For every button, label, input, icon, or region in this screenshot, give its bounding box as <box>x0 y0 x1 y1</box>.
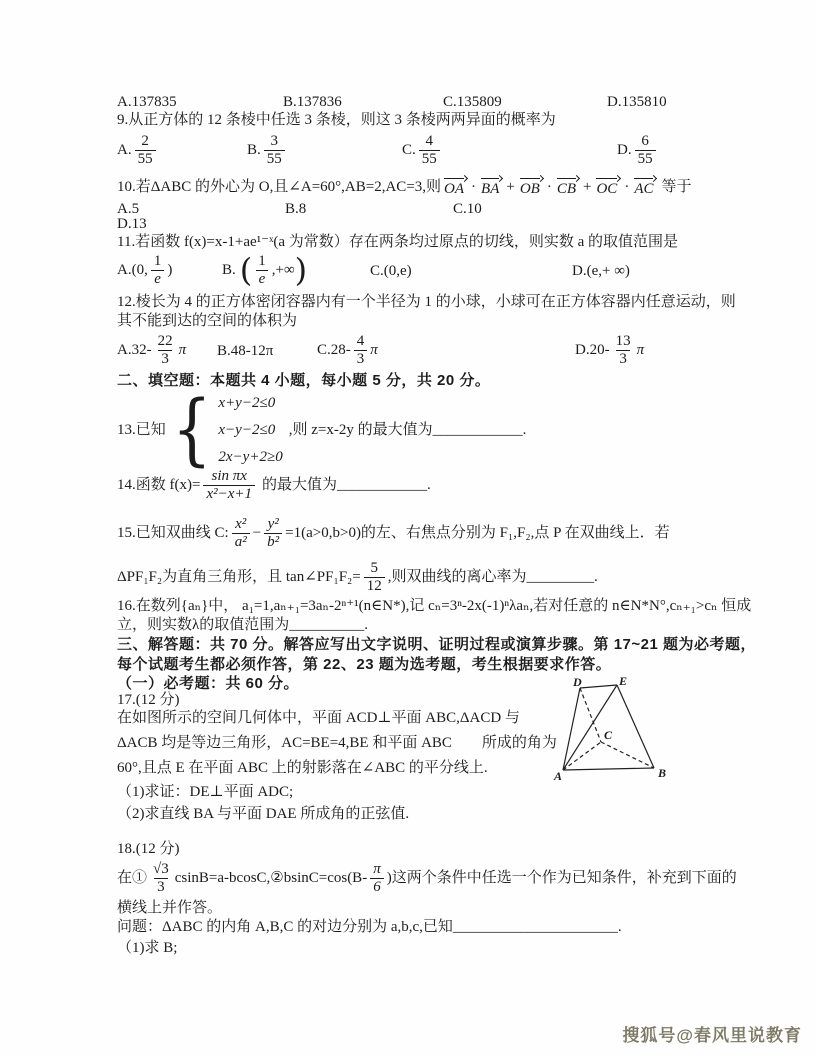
fraction-denominator: 6 <box>370 878 384 896</box>
q12-option-c: C.28- 4 3 π <box>317 333 378 368</box>
q8-option-d: D.135810 <box>607 93 667 112</box>
q10-option-b: B.8 <box>285 200 306 219</box>
fraction: √3 3 <box>150 861 172 896</box>
q10-options-row: A.5 B.8 C.10 <box>117 200 717 218</box>
q11-option-b: B. ( 1 e ,+∞ ) <box>222 253 307 288</box>
q9-option-a: A. 2 55 <box>117 133 159 168</box>
section3-header-line1: 三、解答题：共 70 分。解答应写出文字说明、证明过程或演算步骤。第 17~21… <box>117 635 756 654</box>
q10-stem: 10.若ΔABC 的外心为 O,且∠A=60°,AB=2,AC=3,则 OA ·… <box>117 177 692 197</box>
figure-edge-eb <box>617 685 654 768</box>
vertex-label-b: B <box>657 766 666 780</box>
q12-stem-line2: 其不能到达的空间的体积为 <box>117 312 297 331</box>
fraction-denominator: 12 <box>364 577 385 595</box>
q12-option-d-pre: D.20- <box>575 341 610 360</box>
q10-option-d: D.13 <box>117 215 147 234</box>
vector-cb: CB <box>555 176 580 199</box>
vector-ac: AC <box>632 176 657 199</box>
exam-paper-page: A.137835 B.137836 C.135809 D.135810 9.从正… <box>0 0 816 1056</box>
fraction-numerator: 1 <box>151 253 165 270</box>
fraction-denominator: 55 <box>635 150 656 168</box>
fraction-denominator: x²−x+1 <box>203 485 255 503</box>
fraction-numerator: π <box>370 861 384 878</box>
vector-ba: BA <box>479 176 503 199</box>
q12-option-a-pre: A.32- <box>117 341 152 360</box>
q9-option-d-label: D. <box>617 141 632 160</box>
q13-suffix: ,则 z=x-2y 的最大值为____________. <box>289 421 527 440</box>
q12-option-c-pre: C.28- <box>317 341 351 360</box>
q9-option-c: C. 4 55 <box>402 133 443 168</box>
fraction-denominator: 3 <box>354 350 368 368</box>
fraction-denominator: b² <box>264 533 282 551</box>
q15-line2-post: ,则双曲线的离心率为_________. <box>388 568 598 587</box>
q17-line1: 在如图所示的空间几何体中，平面 ACD⊥平面 ABC,ΔACD 与 <box>117 709 520 728</box>
fraction-numerator: x² <box>232 516 249 533</box>
q18-line2: 横线上并作答。 <box>117 899 222 918</box>
q18-line3: 问题：ΔABC 的内角 A,B,C 的对边分别为 a,b,c,已知_______… <box>117 918 622 937</box>
operator-plus: + <box>506 178 514 197</box>
watermark-text: 搜狐号@春风里说教育 <box>622 1021 802 1046</box>
q12-option-a: A.32- 22 3 π <box>117 333 186 368</box>
q10-stem-text: 10.若ΔABC 的外心为 O,且∠A=60°,AB=2,AC=3,则 <box>117 178 441 197</box>
fraction: 13 3 <box>613 333 634 368</box>
fraction: 1 e <box>255 253 269 288</box>
q15-line2: ΔPF₁F₂为直角三角形，且 tan∠PF₁F₂= 5 12 ,则双曲线的离心率… <box>117 554 598 600</box>
exam-content-column: A.137835 B.137836 C.135809 D.135810 9.从正… <box>117 0 737 1056</box>
q12-option-b: B.48-12π <box>217 342 273 361</box>
q8-option-c: C.135809 <box>443 93 502 112</box>
fraction-denominator: 55 <box>419 150 440 168</box>
fraction: x² a² <box>232 516 250 551</box>
q18-mid: csinB=a-bcosC,②bsinC=cos(B- <box>175 869 367 888</box>
q11-option-a: A.(0, 1 e ) <box>117 253 172 288</box>
q12-option-a-pi: π <box>179 341 187 360</box>
fraction: 22 3 <box>155 333 176 368</box>
q16-line1: 16.在数列{aₙ}中， a₁=1,aₙ₊₁=3aₙ-2ⁿ⁺¹(n∈N*),记 … <box>117 597 751 616</box>
q14-block: 14.函数 f(x)= sin πx x²−x+1 的最大值为_________… <box>117 462 431 508</box>
vertex-label-d: D <box>572 676 582 689</box>
operator-plus: + <box>583 178 591 197</box>
q9-option-b-label: B. <box>247 141 261 160</box>
q9-option-c-label: C. <box>402 141 416 160</box>
q18-pre: 在① <box>117 869 147 888</box>
q12-option-d: D.20- 13 3 π <box>575 333 644 368</box>
q8-option-b: B.137836 <box>283 93 342 112</box>
fraction: 4 3 <box>354 333 368 368</box>
q17-heading: 17.(12 分) <box>117 691 180 710</box>
q18-post: )这两个条件中任选一个作为已知条件，补充到下面的 <box>387 869 737 888</box>
fraction: 3 55 <box>264 133 285 168</box>
fraction-denominator: 55 <box>135 150 156 168</box>
fraction-numerator: 6 <box>638 133 652 150</box>
q13-inequality-1: x+y−2≤0 <box>218 392 282 414</box>
section3-header-line2: 每个试题考生都必须作答，第 22、23 题为选考题，考生根据要求作答。 <box>117 655 611 674</box>
vertex-label-a: A <box>553 769 562 782</box>
fraction-numerator: 13 <box>613 333 634 350</box>
q17-subquestion-1: （1)求证：DE⊥平面 ADC; <box>117 783 293 802</box>
q9-stem: 9.从正方体的 12 条棱中任选 3 条棱，则这 3 条棱两两异面的概率为 <box>117 111 556 130</box>
q13-inequality-system: x+y−2≤0 x−y−2≤0 2x−y+2≥0 <box>218 392 282 468</box>
vertex-label-e: E <box>618 676 627 688</box>
fraction: 1 e <box>151 253 165 288</box>
q13-prefix: 13.已知 <box>117 421 166 440</box>
figure-edge-ab <box>563 768 654 770</box>
q8-option-a: A.137835 <box>117 93 177 112</box>
fraction-numerator: 2 <box>138 133 152 150</box>
q11-options-row: A.(0, 1 e ) B. ( 1 e ,+∞ ) C.(0,e) D.(e,… <box>117 251 717 299</box>
vector-oc: OC <box>594 176 621 199</box>
q10-option-c: C.10 <box>453 200 482 219</box>
fraction-numerator: 3 <box>268 133 282 150</box>
q11-option-a-post: ) <box>167 261 172 280</box>
fraction-numerator: y² <box>265 516 282 533</box>
q14-post: 的最大值为____________. <box>262 476 431 495</box>
figure-edge-cb-dashed <box>601 742 654 768</box>
fraction: sin πx x²−x+1 <box>203 468 255 503</box>
fraction-numerator: 4 <box>354 333 368 350</box>
fraction-numerator: 1 <box>255 253 269 270</box>
q11-option-b-label: B. <box>222 261 236 280</box>
fraction-denominator: 3 <box>158 350 172 368</box>
q10-stem-suffix: 等于 <box>661 178 691 197</box>
q13-inequality-2: x−y−2≤0 <box>218 419 282 441</box>
fraction-denominator: a² <box>232 533 250 551</box>
q12-option-c-pi: π <box>370 341 378 360</box>
geometry-figure: D E C A B <box>553 676 669 782</box>
fraction: 2 55 <box>135 133 156 168</box>
q9-option-a-label: A. <box>117 141 132 160</box>
q11-stem: 11.若函数 f(x)=x-1+ae¹⁻ˣ(a 为常数）存在两条均过原点的切线，… <box>117 233 678 252</box>
q14-pre: 14.函数 f(x)= <box>117 476 200 495</box>
q12-option-d-pi: π <box>637 341 645 360</box>
fraction-denominator: 3 <box>154 878 168 896</box>
q11-option-b-mid: ,+∞ <box>272 261 295 280</box>
minus-operator: − <box>253 524 261 543</box>
fraction: y² b² <box>264 516 282 551</box>
q9-option-b: B. 3 55 <box>247 133 288 168</box>
fraction-numerator: 4 <box>423 133 437 150</box>
operator-dot: · <box>547 178 552 197</box>
fraction-numerator: 22 <box>155 333 176 350</box>
fraction-denominator: 55 <box>264 150 285 168</box>
fraction-numerator: sin πx <box>209 468 250 485</box>
fraction: 5 12 <box>364 560 385 595</box>
q15-line1: 15.已知双曲线 C: x² a² − y² b² =1(a>0,b>0)的左、… <box>117 508 670 558</box>
q9-options-row: A. 2 55 B. 3 55 C. 4 55 <box>117 132 717 178</box>
open-paren: ( <box>240 254 252 286</box>
fraction: 6 55 <box>635 133 656 168</box>
operator-dot: · <box>624 178 629 197</box>
q18-line1: 在① √3 3 csinB=a-bcosC,②bsinC=cos(B- π 6 … <box>117 854 737 902</box>
q17-subquestion-2: （2)求直线 BA 与平面 DAE 所成角的正弦值. <box>117 805 409 824</box>
q15-pre: 15.已知双曲线 C: <box>117 524 229 543</box>
fraction-denominator: e <box>256 270 269 288</box>
vertex-label-c: C <box>604 728 613 742</box>
close-paren: ) <box>295 254 307 286</box>
q11-option-d: D.(e,+ ∞) <box>572 262 630 281</box>
q12-stem-line1: 12.棱长为 4 的正方体密闭容器内有一个半径为 1 的小球，小球可在正方体容器… <box>117 293 736 312</box>
vector-oa: OA <box>442 176 468 199</box>
operator-dot: · <box>471 178 476 197</box>
q8-options-row: A.137835 B.137836 C.135809 D.135810 <box>117 93 717 111</box>
q11-option-a-pre: A.(0, <box>117 261 148 280</box>
left-brace: { <box>172 390 212 470</box>
q15-line2-pre: ΔPF₁F₂为直角三角形，且 tan∠PF₁F₂= <box>117 568 361 587</box>
q16-line2: 立，则实数λ的取值范围为__________. <box>117 616 368 635</box>
fraction: 4 55 <box>419 133 440 168</box>
fraction: π 6 <box>370 861 384 896</box>
q17-line2: ΔACB 均是等边三角形，AC=BE=4,BE 和平面 ABC 所成的角为 <box>117 734 557 753</box>
fraction-denominator: e <box>151 270 164 288</box>
fraction-numerator: 5 <box>367 560 381 577</box>
q13-block: 13.已知 { x+y−2≤0 x−y−2≤0 2x−y+2≥0 ,则 z=x-… <box>117 389 526 471</box>
q11-option-c: C.(0,e) <box>370 262 412 281</box>
q15-post: =1(a>0,b>0)的左、右焦点分别为 F₁,F₂,点 P 在双曲线上．若 <box>285 524 669 543</box>
vector-ob: OB <box>518 176 544 199</box>
fraction-numerator: √3 <box>150 861 172 878</box>
figure-edge-ac-dashed <box>563 742 601 770</box>
q17-line3: 60°,且点 E 在平面 ABC 上的射影落在∠ABC 的平分线上. <box>117 759 488 778</box>
q18-subquestion-1: （1)求 B; <box>117 939 177 958</box>
figure-edge-de <box>580 685 617 688</box>
fraction-denominator: 3 <box>616 350 630 368</box>
q9-option-d: D. 6 55 <box>617 133 659 168</box>
